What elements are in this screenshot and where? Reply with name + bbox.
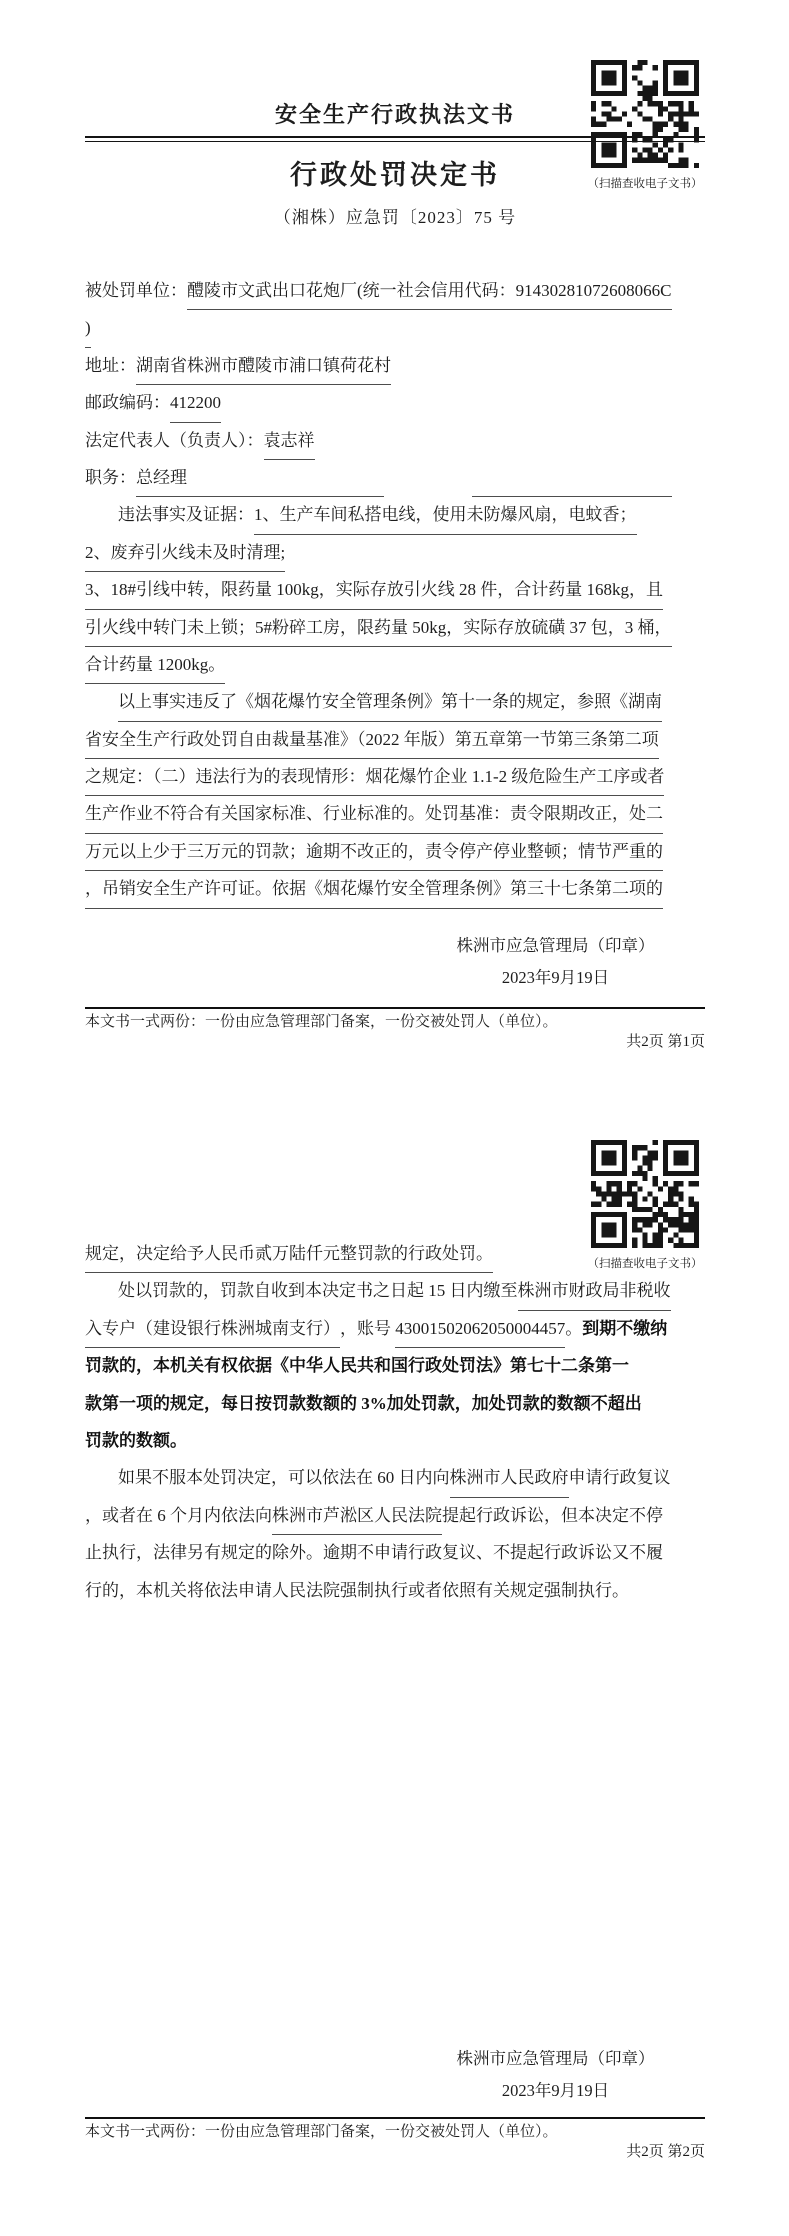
text-line: 万元以上少于三万元的罚款；逾期不改正的，责令停产停业整顿；情节严重的: [85, 834, 705, 871]
underlined-text: 总经理: [136, 460, 384, 497]
text-line: 规定，决定给予人民币贰万陆仟元整罚款的行政处罚。: [85, 1236, 705, 1273]
page1-body: 被处罚单位：醴陵市文武出口花炮厂(统一社会信用代码：91430281072608…: [85, 273, 705, 909]
text-segment: 职务：: [85, 460, 136, 497]
text-segment: [384, 460, 472, 497]
text-line: 生产作业不符合有关国家标准、行业标准的。处罚基准：责令限期改正，处二: [85, 796, 705, 833]
page-indicator: 共2页 第2页: [85, 2143, 705, 2163]
issue-date: 2023年9月19日: [438, 962, 673, 994]
underlined-text: 湖南省株洲市醴陵市浦口镇荷花村: [136, 348, 391, 385]
text-segment: 罚款的，本机关有权依据《中华人民共和国行政处罚法》第七十二条第一: [85, 1348, 629, 1385]
text-line: 止执行，法律另有规定的除外。逾期不申请行政复议、不提起行政诉讼又不履: [85, 1535, 705, 1572]
text-segment: 。: [565, 1311, 582, 1348]
text-line: 省安全生产行政处罚自由裁量基准》（2022 年版）第五章第一节第三条第二项: [85, 722, 705, 759]
text-line: 邮政编码：412200: [85, 385, 705, 422]
underlined-text: 省安全生产行政处罚自由裁量基准》（2022 年版）第五章第一节第三条第二项: [85, 722, 659, 759]
underlined-text: 株洲市芦淞区人民法院: [272, 1498, 442, 1535]
page1-footer: 本文书一式两份：一份由应急管理部门备案，一份交被处罚人（单位）。 共2页 第1页: [85, 1007, 705, 1052]
underlined-text: 株洲市财政局非税收: [518, 1273, 671, 1310]
underlined-text: 引火线中转门未上锁；5#粉碎工房，限药量 50kg，实际存放硫磺 37 包，3 …: [85, 610, 672, 647]
text-segment: 罚款的数额。: [85, 1423, 187, 1460]
underlined-text: 生产作业不符合有关国家标准、行业标准的。处罚基准：责令限期改正，处二: [85, 796, 663, 833]
underlined-text: 412200: [170, 385, 221, 422]
text-line: 罚款的，本机关有权依据《中华人民共和国行政处罚法》第七十二条第一: [85, 1348, 705, 1385]
text-segment: [85, 1460, 118, 1497]
text-line: 处以罚款的，罚款自收到本决定书之日起 15 日内缴至株洲市财政局非税收: [85, 1273, 705, 1310]
text-line: 被处罚单位：醴陵市文武出口花炮厂(统一社会信用代码：91430281072608…: [85, 273, 705, 310]
footer-note: 本文书一式两份：一份由应急管理部门备案，一份交被处罚人（单位）。: [85, 2123, 705, 2143]
underlined-text: 袁志祥: [264, 423, 315, 460]
text-segment: 款第一项的规定，每日按罚款数额的 3%加处罚款，加处罚款的数额不超出: [85, 1386, 642, 1423]
double-rule-divider: [85, 136, 705, 142]
text-line: 违法事实及证据：1、生产车间私搭电线，使用未防爆风扇，电蚊香；: [85, 497, 705, 534]
text-segment: [85, 1273, 118, 1310]
text-line: ，或者在 6 个月内依法向株洲市芦淞区人民法院提起行政诉讼，但本决定不停: [85, 1498, 705, 1535]
underlined-text: 规定，决定给予人民币贰万陆仟元整罚款的行政处罚。: [85, 1236, 493, 1273]
underlined-text: 3、18#引线中转，限药量 100kg，实际存放引火线 28 件，合计药量 16…: [85, 572, 663, 609]
penalty-decision-document: （扫描查收电子文书） 安全生产行政执法文书 行政处罚决定书 （湘株）应急罚〔20…: [0, 0, 789, 2236]
underlined-text: 43001502062050004457: [395, 1311, 565, 1348]
text-line: 地址：湖南省株洲市醴陵市浦口镇荷花村: [85, 348, 705, 385]
underlined-text: 入专户（建设银行株洲城南支行）: [85, 1311, 340, 1348]
text-line: 引火线中转门未上锁；5#粉碎工房，限药量 50kg，实际存放硫磺 37 包，3 …: [85, 610, 705, 647]
underlined-text: 合计药量 1200kg。: [85, 647, 225, 684]
page2-footer: 本文书一式两份：一份由应急管理部门备案，一份交被处罚人（单位）。 共2页 第2页: [85, 2117, 705, 2162]
issuing-authority: 株洲市应急管理局（印章）: [438, 2043, 673, 2075]
text-segment: 申请行政复议: [569, 1460, 671, 1497]
text-line: 职务：总经理: [85, 460, 705, 497]
text-line: 罚款的数额。: [85, 1423, 705, 1460]
text-line: 之规定：（二）违法行为的表现情形：烟花爆竹企业 1.1-2 级危险生产工序或者: [85, 759, 705, 796]
issue-date: 2023年9月19日: [438, 2075, 673, 2107]
text-line: 入专户（建设银行株洲城南支行），账号 43001502062050004457。…: [85, 1311, 705, 1348]
underlined-text: 之规定：（二）违法行为的表现情形：烟花爆竹企业 1.1-2 级危险生产工序或者: [85, 759, 664, 796]
page-indicator: 共2页 第1页: [85, 1033, 705, 1053]
issuing-authority: 株洲市应急管理局（印章）: [438, 930, 673, 962]
underlined-text: 醴陵市文武出口花炮厂(统一社会信用代码：91430281072608066C: [187, 273, 672, 310]
footer-note: 本文书一式两份：一份由应急管理部门备案，一份交被处罚人（单位）。: [85, 1013, 705, 1033]
underlined-text: ): [85, 310, 91, 347]
text-segment: 法定代表人（负责人）：: [85, 423, 264, 460]
text-line: 2、废弃引火线未及时清理;: [85, 535, 705, 572]
qr-code-icon: [591, 1140, 699, 1248]
document-title: 行政处罚决定书: [85, 153, 705, 192]
text-line: 行的，本机关将依法申请人民法院强制执行或者依照有关规定强制执行。: [85, 1573, 705, 1610]
page1-header: 安全生产行政执法文书 行政处罚决定书 （湘株）应急罚〔2023〕75 号: [85, 98, 705, 228]
document-category-title: 安全生产行政执法文书: [85, 98, 705, 129]
text-line: 3、18#引线中转，限药量 100kg，实际存放引火线 28 件，合计药量 16…: [85, 572, 705, 609]
text-segment: [85, 684, 118, 721]
text-line: 法定代表人（负责人）：袁志祥: [85, 423, 705, 460]
page2-signature-block: 株洲市应急管理局（印章） 2023年9月19日: [438, 2043, 673, 2107]
text-line: 如果不服本处罚决定，可以依法在 60 日内向株洲市人民政府申请行政复议: [85, 1460, 705, 1497]
text-segment: 行的，本机关将依法申请人民法院强制执行或者依照有关规定强制执行。: [85, 1573, 629, 1610]
text-segment: 违法事实及证据：: [118, 497, 254, 534]
text-segment: 止执行，法律另有规定的除外。逾期不申请行政复议、不提起行政诉讼又不履: [85, 1535, 663, 1572]
text-segment: 处以罚款的，罚款自收到本决定书之日起 15 日内缴至: [118, 1273, 518, 1310]
text-segment: ，或者在 6 个月内依法向: [85, 1498, 272, 1535]
underlined-text: 2、废弃引火线未及时清理;: [85, 535, 285, 572]
text-line: 以上事实违反了《烟花爆竹安全管理条例》第十一条的规定，参照《湖南: [85, 684, 705, 721]
text-line: 合计药量 1200kg。: [85, 647, 705, 684]
underlined-text: 万元以上少于三万元的罚款；逾期不改正的，责令停产停业整顿；情节严重的: [85, 834, 663, 871]
text-segment: ，账号: [340, 1311, 395, 1348]
underlined-text: 株洲市人民政府: [450, 1460, 569, 1497]
text-line: ): [85, 310, 705, 347]
text-segment: 地址：: [85, 348, 136, 385]
underlined-text: ，吊销安全生产许可证。依据《烟花爆竹安全管理条例》第三十七条第二项的: [85, 871, 663, 908]
underlined-text: [472, 460, 672, 497]
document-number: （湘株）应急罚〔2023〕75 号: [85, 203, 705, 228]
text-line: 款第一项的规定，每日按罚款数额的 3%加处罚款，加处罚款的数额不超出: [85, 1386, 705, 1423]
underlined-text: 以上事实违反了《烟花爆竹安全管理条例》第十一条的规定，参照《湖南: [118, 684, 662, 721]
text-segment: 提起行政诉讼，但本决定不停: [442, 1498, 663, 1535]
page1-signature-block: 株洲市应急管理局（印章） 2023年9月19日: [438, 930, 673, 994]
text-line: ，吊销安全生产许可证。依据《烟花爆竹安全管理条例》第三十七条第二项的: [85, 871, 705, 908]
text-segment: [85, 497, 118, 534]
text-segment: 邮政编码：: [85, 385, 170, 422]
text-segment: 被处罚单位：: [85, 273, 187, 310]
text-segment: 到期不缴纳: [582, 1311, 667, 1348]
underlined-text: 1、生产车间私搭电线，使用未防爆风扇，电蚊香；: [254, 497, 637, 534]
page2-body: 规定，决定给予人民币贰万陆仟元整罚款的行政处罚。处以罚款的，罚款自收到本决定书之…: [85, 1236, 705, 1610]
text-segment: 如果不服本处罚决定，可以依法在 60 日内向: [118, 1460, 450, 1497]
